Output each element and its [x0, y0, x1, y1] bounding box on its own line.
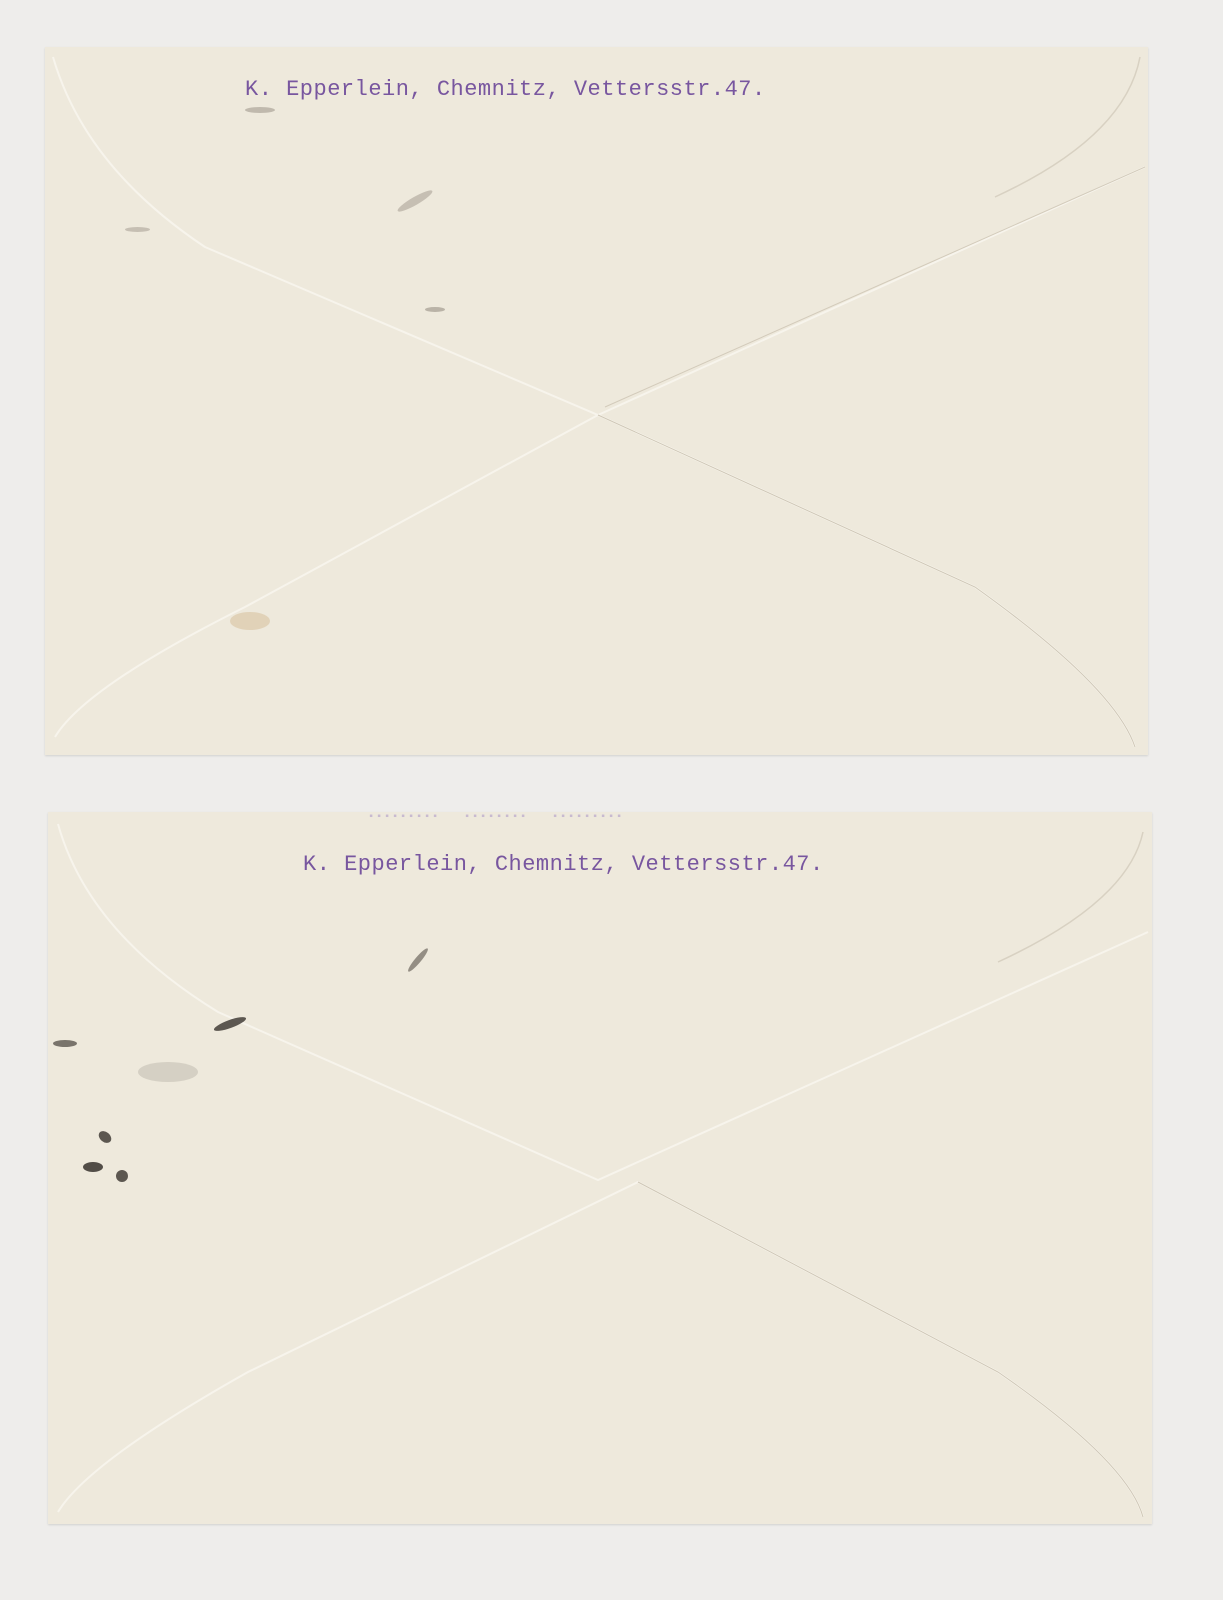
tan-stain: [230, 612, 270, 630]
envelope-flap-folds: [48, 812, 1152, 1524]
ink-speck: [425, 307, 445, 312]
envelope-top: K. Epperlein, Chemnitz, Vettersstr.47.: [45, 47, 1148, 755]
return-address: K. Epperlein, Chemnitz, Vettersstr.47.: [245, 77, 766, 102]
ink-speck: [138, 1062, 198, 1082]
return-address: K. Epperlein, Chemnitz, Vettersstr.47.: [303, 852, 824, 877]
postmark-bleed-through: ▪▪▪▪▪▪▪▪▪ ▪▪▪▪▪▪▪▪ ▪▪▪▪▪▪▪▪▪: [368, 812, 624, 823]
envelope-flap-folds: [45, 47, 1148, 755]
ink-spatter: [53, 1040, 77, 1047]
envelope-bottom: ▪▪▪▪▪▪▪▪▪ ▪▪▪▪▪▪▪▪ ▪▪▪▪▪▪▪▪▪ K. Epperlei…: [48, 812, 1152, 1524]
ink-speck: [125, 227, 150, 232]
ink-spatter: [83, 1162, 103, 1172]
ink-speck: [245, 107, 275, 113]
ink-spatter: [116, 1170, 128, 1182]
